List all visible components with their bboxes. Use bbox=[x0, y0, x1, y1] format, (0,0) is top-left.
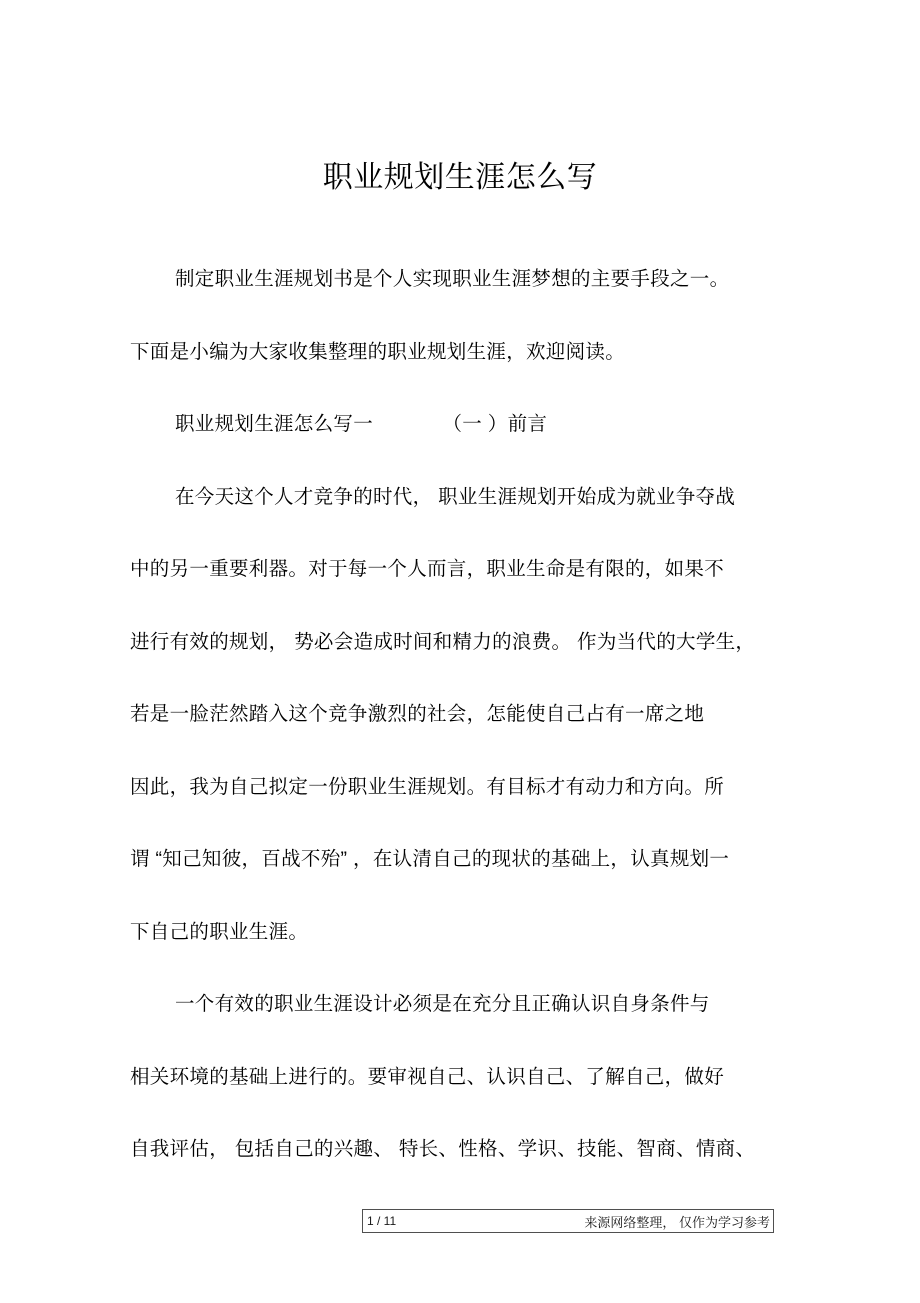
page-footer: 1 / 11 来源网络整理， 仅作为学习参考 bbox=[362, 1209, 774, 1233]
body-line: 在今天这个人才竞争的时代， 职业生涯规划开始成为就业争夺战 bbox=[130, 485, 810, 558]
body-line: 职业规划生涯怎么写一 （一 ）前言 bbox=[130, 412, 810, 485]
body-line: 因此，我为自己拟定一份职业生涯规划。有目标才有动力和方向。所 bbox=[130, 775, 810, 848]
page-number-indicator: 1 / 11 bbox=[367, 1214, 396, 1228]
document-page: 职业规划生涯怎么写 制定职业生涯规划书是个人实现职业生涯梦想的主要手段之一。 下… bbox=[0, 0, 920, 1303]
body-line: 进行有效的规划， 势必会造成时间和精力的浪费。 作为当代的大学生， bbox=[130, 630, 810, 703]
document-body: 制定职业生涯规划书是个人实现职业生涯梦想的主要手段之一。 下面是小编为大家收集整… bbox=[130, 267, 810, 1210]
body-line: 制定职业生涯规划书是个人实现职业生涯梦想的主要手段之一。 bbox=[130, 267, 810, 340]
body-line: 相关环境的基础上进行的。要审视自己、认识自己、了解自己，做好 bbox=[130, 1065, 810, 1138]
body-line: 若是一脸茫然踏入这个竞争激烈的社会，怎能使自己占有一席之地 bbox=[130, 702, 810, 775]
body-line: 中的另一重要利器。对于每一个人而言，职业生命是有限的，如果不 bbox=[130, 557, 810, 630]
body-line: 谓 “知己知彼，百战不殆” ，在认清自己的现状的基础上，认真规划一 bbox=[130, 847, 810, 920]
footer-source-note: 来源网络整理， 仅作为学习参考 bbox=[584, 1212, 770, 1231]
document-title: 职业规划生涯怎么写 bbox=[0, 161, 920, 195]
body-line: 自我评估， 包括自己的兴趣、 特长、性格、学识、技能、智商、情商、 bbox=[130, 1137, 810, 1210]
body-line: 下自己的职业生涯。 bbox=[130, 920, 810, 993]
body-line: 下面是小编为大家收集整理的职业规划生涯，欢迎阅读。 bbox=[130, 340, 810, 413]
body-line: 一个有效的职业生涯设计必须是在充分且正确认识自身条件与 bbox=[130, 992, 810, 1065]
